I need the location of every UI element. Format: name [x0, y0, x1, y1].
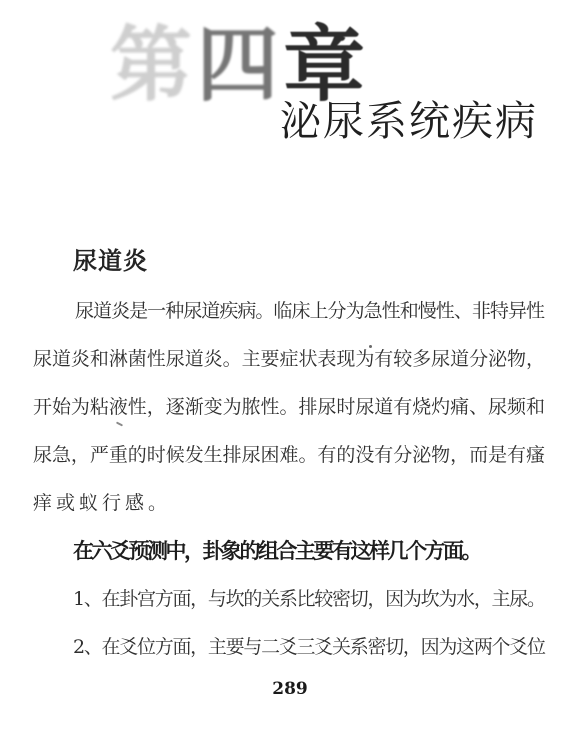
emphasis-line: 在六爻预测中，卦象的组合主要有这样几个方面。: [73, 536, 480, 566]
chapter-number-char-3: 章: [283, 24, 353, 106]
paragraph-line-4: 尿急，严重的时候发生排尿困难。有的没有分泌物，而是有瘙: [33, 431, 544, 479]
paragraph-line-2: 尿道炎和淋菌性尿道炎。主要症状表现为有较多尿道分泌物，: [33, 335, 544, 383]
paragraph-line-3: 开始为粘液性，逐渐变为脓性。排尿时尿道有烧灼痛、尿频和: [33, 383, 544, 431]
chapter-number: 第 四 章: [110, 24, 353, 106]
document-page: 第 四 章 泌尿系统疾病 尿道炎 尿道炎是一种尿道疾病。临床上分为急性和慢性、非…: [0, 0, 580, 736]
paragraph-line-5: 痒或蚁行感。: [33, 479, 544, 527]
paragraph-line-1: 尿道炎是一种尿道疾病。临床上分为急性和慢性、非特异性: [33, 287, 544, 335]
body-paragraph: 尿道炎是一种尿道疾病。临床上分为急性和慢性、非特异性 尿道炎和淋菌性尿道炎。主要…: [33, 287, 544, 527]
scan-artifact-dot: [369, 345, 372, 348]
list-item-2: 2、在爻位方面，主要与二爻三爻关系密切，因为这两个爻位: [33, 632, 544, 662]
chapter-number-char-1: 第: [110, 24, 180, 106]
chapter-number-char-2: 四: [197, 24, 267, 106]
chapter-subtitle: 泌尿系统疾病: [280, 99, 538, 144]
page-number: 289: [0, 679, 580, 699]
section-heading: 尿道炎: [73, 246, 148, 276]
list-item-1: 1、在卦宫方面，与坎的关系比较密切，因为坎为水，主尿。: [33, 584, 544, 614]
